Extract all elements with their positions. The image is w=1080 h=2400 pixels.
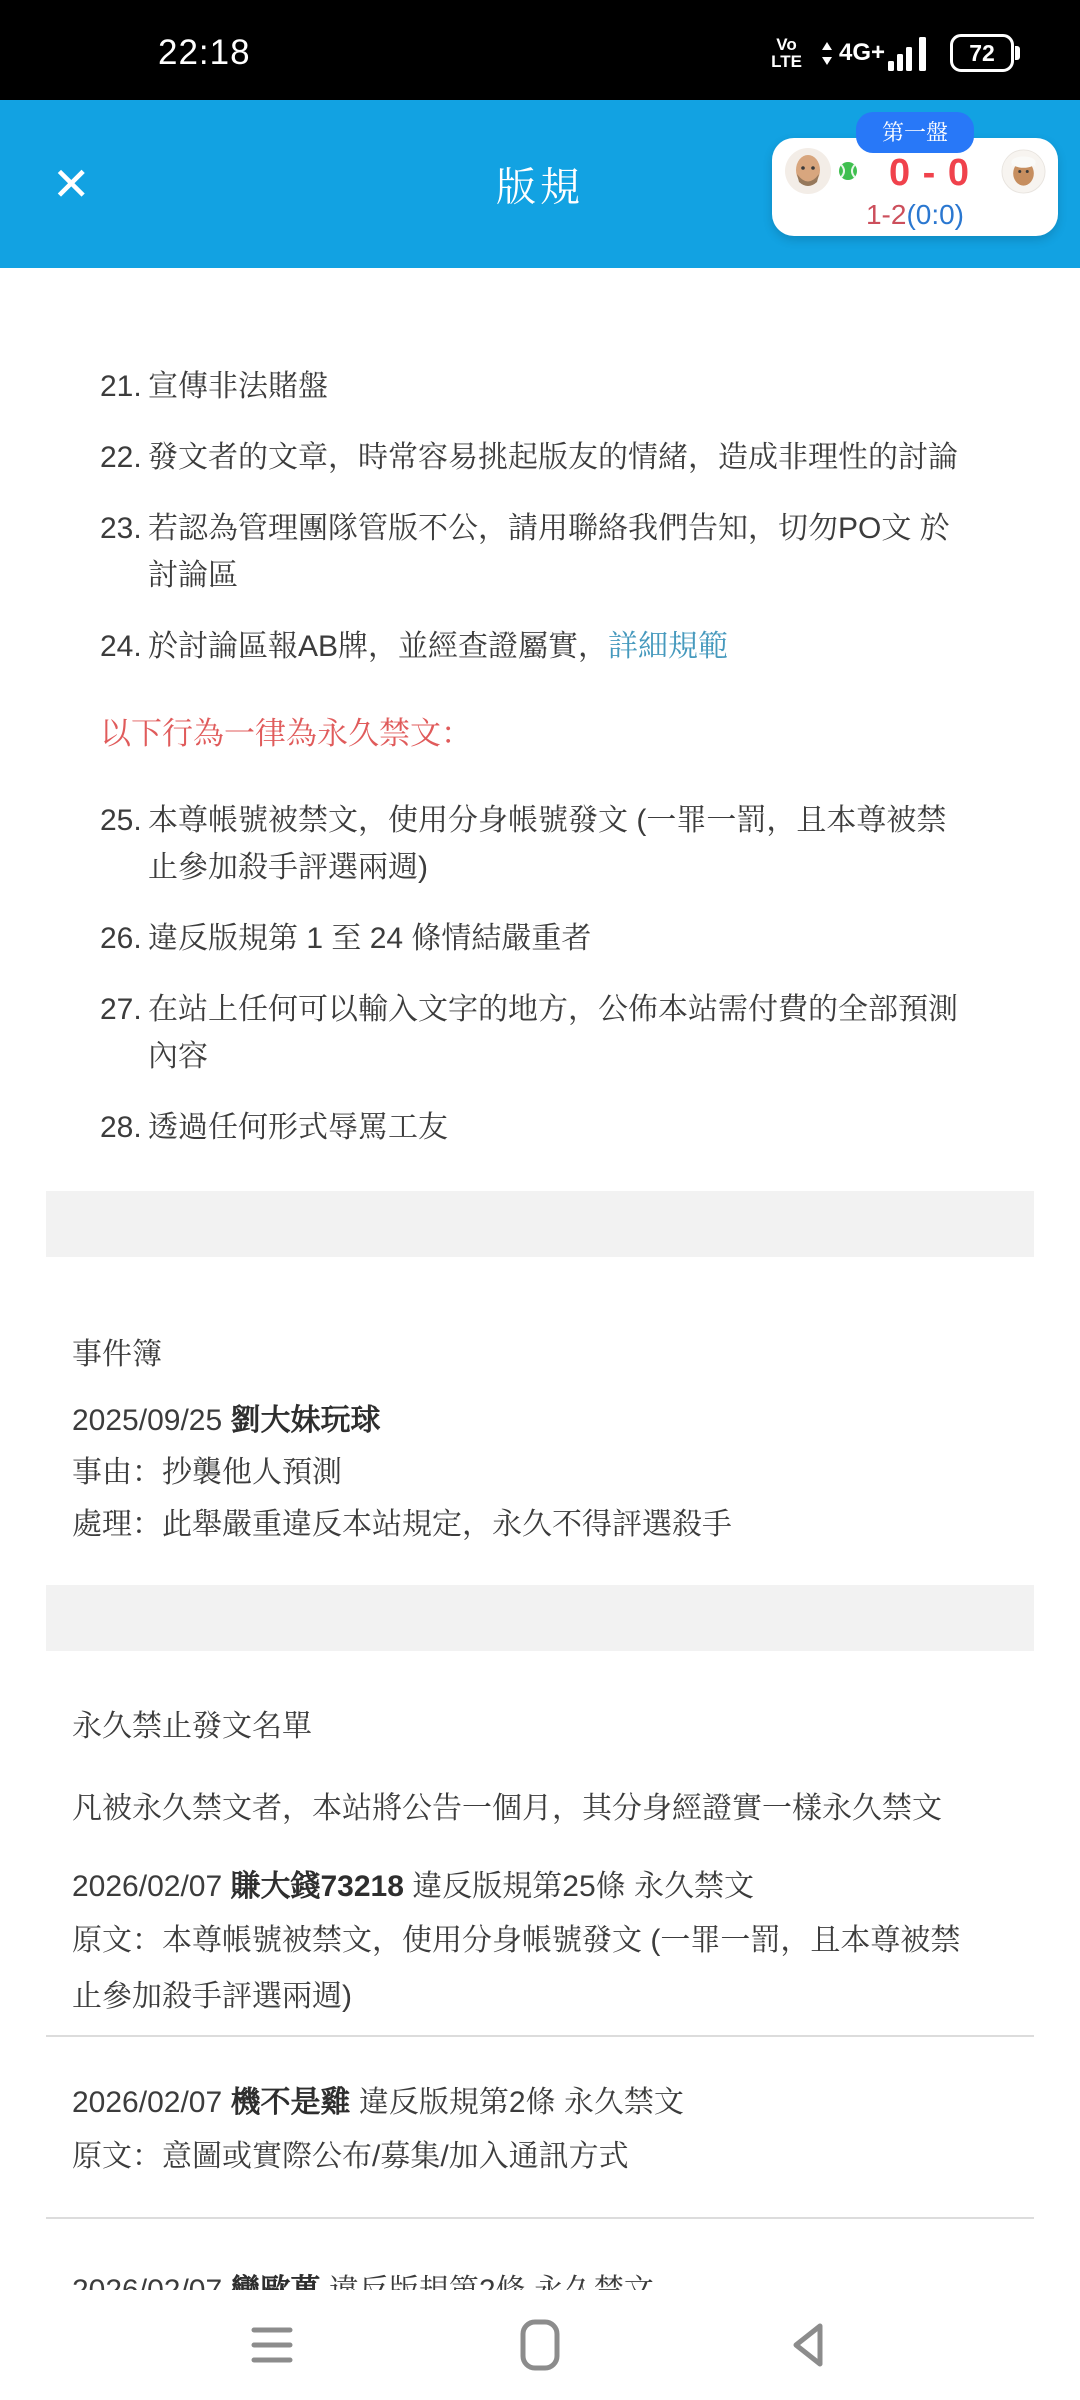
incident-date: 2025/09/25 xyxy=(72,1404,222,1437)
ban-entry-date: 2026/02/07 xyxy=(72,1870,222,1903)
rule-item-21: 21. 宣傳非法賭盤 xyxy=(0,363,1080,410)
data-arrows-icon xyxy=(818,37,836,71)
rule-item-25: 25. 本尊帳號被禁文，使用分身帳號發文 (一罪一罰，且本尊被禁止參加殺手評選兩… xyxy=(0,797,1080,891)
incident-reason: 事由：抄襲他人預測 xyxy=(72,1447,1008,1499)
signal-bars-icon xyxy=(888,35,934,71)
entry-divider xyxy=(46,2035,1034,2037)
rules-content: 21. 宣傳非法賭盤 22. 發文者的文章，時常容易挑起版友的情緒，造成非理性的… xyxy=(0,268,1080,2317)
phone-screen: 22:18 Vo LTE 4G+ 72 xyxy=(0,0,1080,2400)
ban-entry-header: 2026/02/07 賺大錢73218 違反版規第25條 永久禁文 xyxy=(72,1861,1008,1913)
ban-entry-violation: 違反版規第25條 永久禁文 xyxy=(412,1870,754,1903)
nav-home-icon[interactable] xyxy=(517,2319,563,2371)
permanent-ban-heading: 以下行為一律為永久禁文： xyxy=(100,710,1080,757)
ban-entry-original: 原文：意圖或實際公布/募集/加入通訊方式 xyxy=(72,2129,962,2185)
score-row: 0 - 0 xyxy=(784,147,1046,200)
tennis-ball-icon xyxy=(838,161,858,186)
rule-item-26: 26. 違反版規第 1 至 24 條情結嚴重者 xyxy=(0,915,1080,962)
battery-icon: 72 xyxy=(950,34,1014,72)
nav-back-icon[interactable] xyxy=(785,2319,831,2371)
android-nav-bar xyxy=(0,2290,1080,2400)
volte-icon: Vo LTE xyxy=(771,36,802,70)
set-label-badge: 第一盤 xyxy=(856,112,974,153)
ban-entry-original: 原文：本尊帳號被禁文，使用分身帳號發文 (一罪一罰，且本尊被禁止參加殺手評選兩週… xyxy=(72,1913,962,2025)
player-right-avatar xyxy=(1001,149,1046,199)
incident-entry-header: 2025/09/25 劉大妹玩球 xyxy=(72,1395,1008,1447)
match-score: 0 - 0 xyxy=(889,152,970,195)
incident-log-title: 事件簿 xyxy=(72,1329,1008,1381)
network-signal-icon: 4G+ xyxy=(818,35,934,71)
network-type-label: 4G+ xyxy=(839,41,885,65)
match-scoreboard[interactable]: 第一盤 xyxy=(772,112,1058,236)
incident-action: 處理：此舉嚴重違反本站規定，永久不得評選殺手 xyxy=(72,1499,1008,1551)
player-left-avatar xyxy=(784,147,832,200)
rule-item-27: 27. 在站上任何可以輸入文字的地方，公佈本站需付費的全部預測內容 xyxy=(0,986,1080,1080)
status-time: 22:18 xyxy=(158,33,251,73)
ban-entry-date: 2026/02/07 xyxy=(72,2086,222,2119)
points-score: (0:0) xyxy=(906,199,964,230)
status-icons: Vo LTE 4G+ 72 xyxy=(771,34,1014,72)
ban-entry-name: 賺大錢73218 xyxy=(231,1870,404,1903)
rule-item-28: 28. 透過任何形式辱罵工友 xyxy=(0,1104,1080,1151)
ban-entry-header: 2026/02/07 機不是雞 違反版規第2條 永久禁文 xyxy=(72,2077,1008,2129)
section-divider-band xyxy=(46,1191,1034,1257)
rule-item-22: 22. 發文者的文章，時常容易挑起版友的情緒，造成非理性的討論 xyxy=(0,434,1080,481)
rule-item-24: 24. 於討論區報AB牌，並經查證屬實，詳細規範 xyxy=(0,623,1080,670)
page-title: 版規 xyxy=(496,156,584,213)
close-icon[interactable]: ✕ xyxy=(52,161,91,207)
status-bar: 22:18 Vo LTE 4G+ 72 xyxy=(0,0,1080,100)
ban-list-section: 永久禁止發文名單 凡被永久禁文者，本站將公告一個月，其分身經證實一樣永久禁文 2… xyxy=(0,1701,1080,2317)
ban-list-title: 永久禁止發文名單 xyxy=(72,1701,1008,1753)
nav-menu-icon[interactable] xyxy=(249,2319,295,2371)
sub-score: 1-2(0:0) xyxy=(866,200,964,230)
games-score: 1-2 xyxy=(866,199,906,230)
section-divider-band xyxy=(46,1585,1034,1651)
ban-entry-violation: 違反版規第2條 永久禁文 xyxy=(359,2086,684,2119)
entry-divider xyxy=(46,2217,1034,2219)
incident-user-name: 劉大妹玩球 xyxy=(231,1404,381,1437)
app-header: ✕ 版規 第一盤 xyxy=(0,100,1080,268)
ban-entry-name: 機不是雞 xyxy=(231,2086,351,2119)
detailed-rules-link[interactable]: 詳細規範 xyxy=(608,630,728,663)
rule-item-23: 23. 若認為管理團隊管版不公，請用聯絡我們告知，切勿PO文 於討論區 xyxy=(0,505,1080,599)
incident-log-section: 事件簿 2025/09/25 劉大妹玩球 事由：抄襲他人預測 處理：此舉嚴重違反… xyxy=(0,1329,1080,1551)
ban-list-notice: 凡被永久禁文者，本站將公告一個月，其分身經證實一樣永久禁文 xyxy=(72,1783,1008,1835)
